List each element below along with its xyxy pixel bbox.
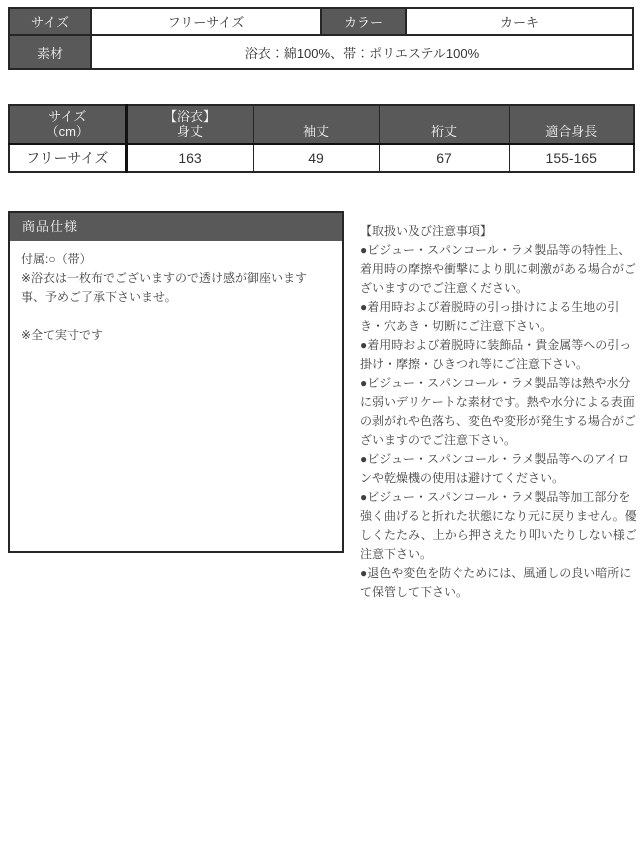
spec-line: 付属:○（帯） <box>21 250 331 269</box>
material-value-cell: 浴衣：綿100%、帯：ポリエステル100% <box>91 35 633 69</box>
measurements-table: サイズ （cm） 【浴衣】 身丈 袖丈 裄丈 適合身長 フリーサイズ 163 4… <box>8 104 635 173</box>
size-value-cell: フリーサイズ <box>91 8 321 35</box>
cell-size-name: フリーサイズ <box>9 144 126 172</box>
color-value-cell: カーキ <box>406 8 633 35</box>
cell-mitake: 163 <box>126 144 253 172</box>
spec-line-spacer <box>21 307 331 326</box>
col-header-height-range: 適合身長 <box>509 105 634 144</box>
size-label-cell: サイズ <box>9 8 91 35</box>
care-note-item: ●ビジュー・スパンコール・ラメ製品等加工部分を強く曲げると折れた状態になり元に戻… <box>360 488 637 564</box>
size-color-material-table: サイズ フリーサイズ カラー カーキ 素材 浴衣：綿100%、帯：ポリエステル1… <box>8 7 634 70</box>
cell-yukitake: 67 <box>379 144 509 172</box>
table-row: フリーサイズ 163 49 67 155-165 <box>9 144 634 172</box>
spec-box-title: 商品仕様 <box>10 213 342 241</box>
care-note-item: ●着用時および着脱時に装飾品・貴金属等への引っ掛け・摩擦・ひきつれ等にご注意下さ… <box>360 336 637 374</box>
col-header-sodetake: 袖丈 <box>253 105 379 144</box>
care-note-item: ●ビジュー・スパンコール・ラメ製品等の特性上、着用時の摩擦や衝撃により肌に刺激が… <box>360 241 637 298</box>
care-note-item: ●退色や変色を防ぐためには、風通しの良い暗所にて保管して下さい。 <box>360 564 637 602</box>
col-header-size-cm: サイズ （cm） <box>9 105 126 144</box>
color-label-cell: カラー <box>321 8 406 35</box>
care-note-item: ●ビジュー・スパンコール・ラメ製品等へのアイロンや乾燥機の使用は避けてください。 <box>360 450 637 488</box>
measurements-header-row: サイズ （cm） 【浴衣】 身丈 袖丈 裄丈 適合身長 <box>9 105 634 144</box>
material-label-cell: 素材 <box>9 35 91 69</box>
col-header-yukitake: 裄丈 <box>379 105 509 144</box>
care-notes: 【取扱い及び注意事項】 ●ビジュー・スパンコール・ラメ製品等の特性上、着用時の摩… <box>360 222 637 602</box>
care-notes-title: 【取扱い及び注意事項】 <box>360 222 637 241</box>
spec-line: ※全て実寸です <box>21 326 331 345</box>
care-note-item: ●着用時および着脱時の引っ掛けによる生地の引き・穴あき・切断にご注意下さい。 <box>360 298 637 336</box>
product-spec-box: 商品仕様 付属:○（帯） ※浴衣は一枚布でございますので透け感が御座います事、予… <box>8 211 344 553</box>
product-spec-page: サイズ フリーサイズ カラー カーキ 素材 浴衣：綿100%、帯：ポリエステル1… <box>0 0 640 853</box>
col-header-mitake: 【浴衣】 身丈 <box>126 105 253 144</box>
cell-height-range: 155-165 <box>509 144 634 172</box>
spec-line: ※浴衣は一枚布でございますので透け感が御座います事、予めご了承下さいませ。 <box>21 269 331 307</box>
table-row: 素材 浴衣：綿100%、帯：ポリエステル100% <box>9 35 633 69</box>
table-row: サイズ フリーサイズ カラー カーキ <box>9 8 633 35</box>
spec-box-body: 付属:○（帯） ※浴衣は一枚布でございますので透け感が御座います事、予めご了承下… <box>10 241 342 354</box>
care-note-item: ●ビジュー・スパンコール・ラメ製品等は熱や水分に弱いデリケートな素材です。熱や水… <box>360 374 637 450</box>
cell-sodetake: 49 <box>253 144 379 172</box>
